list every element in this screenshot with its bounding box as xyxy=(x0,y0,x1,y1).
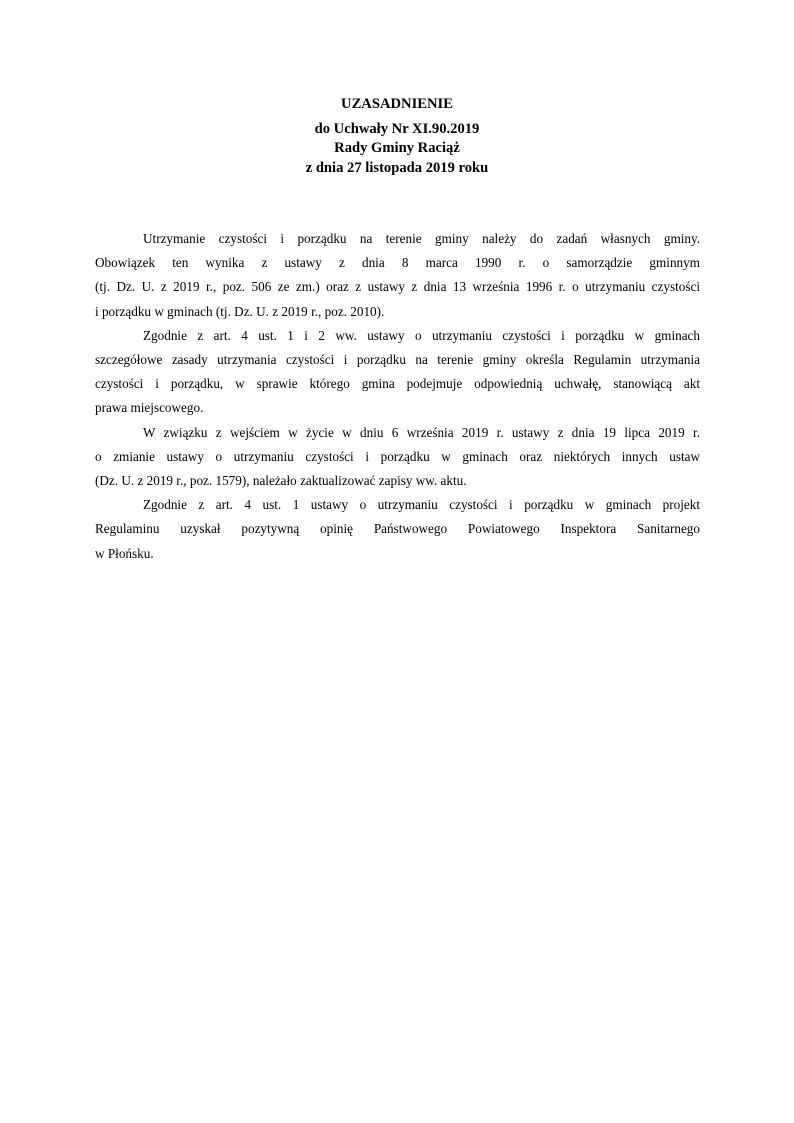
resolution-number: do Uchwały Nr XI.90.2019 xyxy=(0,120,794,140)
document-header: UZASADNIENIE do Uchwały Nr XI.90.2019 Ra… xyxy=(0,95,794,178)
resolution-date: z dnia 27 listopada 2019 roku xyxy=(0,159,794,179)
paragraph-line: Zgodnie z art. 4 ust. 1 i 2 ww. ustawy o… xyxy=(95,324,700,348)
paragraph-4: Zgodnie z art. 4 ust. 1 ustawy o utrzyma… xyxy=(95,493,700,566)
paragraph-line: czystości i porządku, w sprawie którego … xyxy=(95,372,700,396)
paragraph-line: prawa miejscowego. xyxy=(95,396,700,420)
paragraph-line: W związku z wejściem w życie w dniu 6 wr… xyxy=(95,421,700,445)
paragraph-3: W związku z wejściem w życie w dniu 6 wr… xyxy=(95,421,700,494)
justification-body: Utrzymanie czystości i porządku na teren… xyxy=(95,227,700,566)
paragraph-line: o zmianie ustawy o utrzymaniu czystości … xyxy=(95,445,700,469)
paragraph-line: i porządku w gminach (tj. Dz. U. z 2019 … xyxy=(95,300,700,324)
paragraph-1: Utrzymanie czystości i porządku na teren… xyxy=(95,227,700,324)
document-title: UZASADNIENIE xyxy=(0,95,794,115)
paragraph-line: w Płońsku. xyxy=(95,542,700,566)
paragraph-line: (tj. Dz. U. z 2019 r., poz. 506 ze zm.) … xyxy=(95,275,700,299)
paragraph-line: Regulaminu uzyskał pozytywną opinię Pańs… xyxy=(95,517,700,541)
paragraph-2: Zgodnie z art. 4 ust. 1 i 2 ww. ustawy o… xyxy=(95,324,700,421)
paragraph-line: Obowiązek ten wynika z ustawy z dnia 8 m… xyxy=(95,251,700,275)
council-name: Rady Gminy Raciąż xyxy=(0,139,794,159)
paragraph-line: Utrzymanie czystości i porządku na teren… xyxy=(95,227,700,251)
paragraph-line: Zgodnie z art. 4 ust. 1 ustawy o utrzyma… xyxy=(95,493,700,517)
paragraph-line: (Dz. U. z 2019 r., poz. 1579), należało … xyxy=(95,469,700,493)
paragraph-line: szczegółowe zasady utrzymania czystości … xyxy=(95,348,700,372)
